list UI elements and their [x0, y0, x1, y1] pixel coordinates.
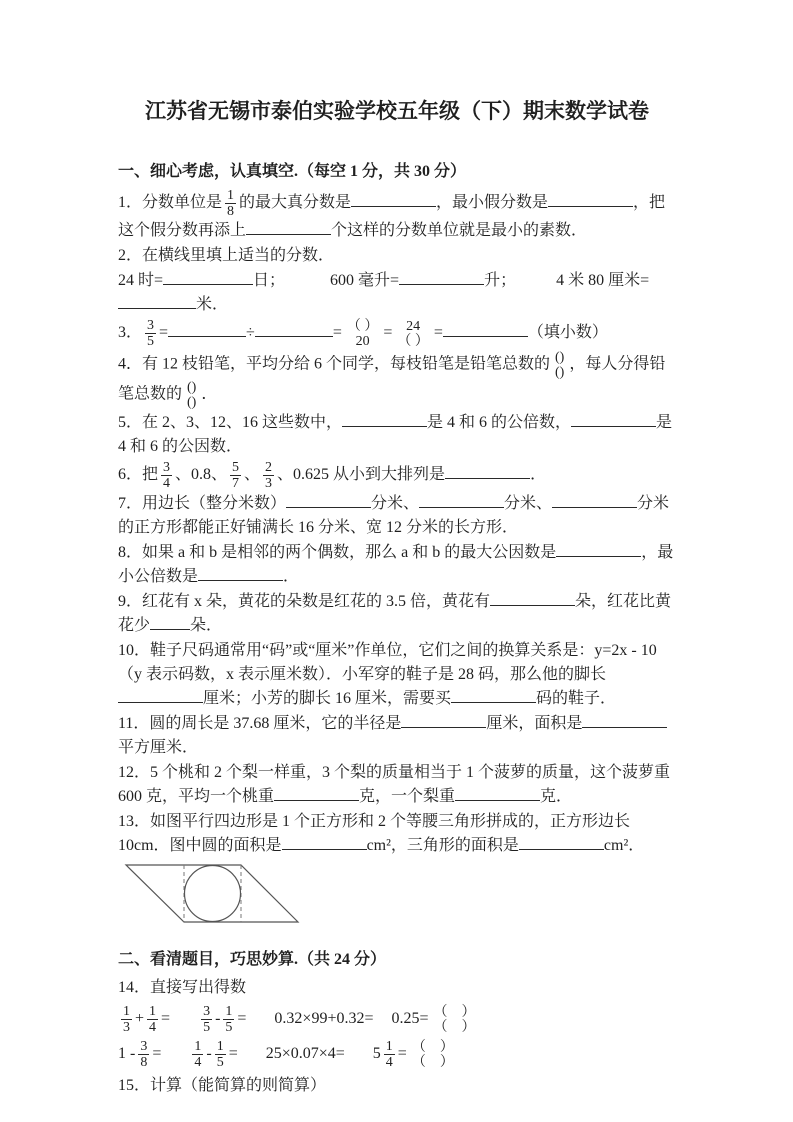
- text-run: 11．圆的周长是 37.68 厘米，它的半径是: [118, 715, 401, 732]
- text-run: 1 -: [118, 1045, 135, 1062]
- fraction-numerator: (): [553, 350, 566, 365]
- question-3: 3．35=÷=（ ）20=24（ ）=（填小数）: [118, 318, 676, 349]
- text-run: 、: [244, 466, 260, 483]
- text-run: cm²，三角形的面积是: [367, 837, 519, 854]
- fraction-numerator: 1: [384, 1039, 395, 1054]
- answer-blank: [255, 321, 333, 337]
- question-8: 8．如果 a 和 b 是相邻的两个偶数，那么 a 和 b 的最大公因数是，最小公…: [118, 541, 676, 589]
- answer-blank: [401, 712, 486, 728]
- fraction: 38: [138, 1039, 149, 1070]
- text-run: cm²．: [604, 837, 644, 854]
- section2-heading: 二、看清题目，巧思妙算.（共 24 分）: [118, 948, 676, 972]
- fraction-denominator: 3: [121, 1019, 132, 1035]
- parallelogram-figure: [122, 862, 676, 928]
- fraction-denominator: 4: [147, 1019, 158, 1035]
- fraction-numerator: 3: [138, 1039, 149, 1054]
- text-run: 4．有 12 枝铅笔，平均分给 6 个同学，每枝铅笔是铅笔总数的: [118, 356, 550, 373]
- answer-blank: [552, 492, 637, 508]
- text-run: 个这样的分数单位就是最小的素数．: [331, 222, 587, 239]
- text-run: 2．在横线里填上适当的分数．: [118, 247, 334, 264]
- question-10: 10．鞋子尺码通常用“码”或“厘米”作单位，它们之间的换算关系是：y=2x - …: [118, 639, 676, 711]
- fraction-denominator: 5: [223, 1019, 234, 1035]
- answer-blank: [282, 834, 367, 850]
- exam-page: 江苏省无锡市泰伯实验学校五年级（下）期末数学试卷 一、细心考虑，认真填空.（每空…: [0, 0, 793, 1122]
- spacer: [345, 1057, 373, 1058]
- fraction: 15: [223, 1004, 234, 1035]
- parenthesis-fraction: ()(): [185, 380, 198, 410]
- answer-blank: [118, 687, 203, 703]
- question-4: 4．有 12 枝铅笔，平均分给 6 个同学，每枝铅笔是铅笔总数的()()，每人分…: [118, 350, 676, 410]
- text-run: 厘米；小芳的脚长 16 厘米，需要买: [203, 690, 451, 707]
- fraction-denominator: 4: [192, 1054, 203, 1070]
- fraction-denominator: 8: [138, 1054, 149, 1070]
- spacer: [161, 1057, 189, 1058]
- answer-blank: [286, 492, 371, 508]
- fraction: 14: [192, 1039, 203, 1070]
- question-7: 7．用边长（整分米数）分米、分米、分米的正方形都能正好铺满长 16 分米、宽 1…: [118, 492, 676, 540]
- answer-blank: [351, 191, 436, 207]
- fraction-numerator: 1: [225, 188, 236, 203]
- text-run: 5．在 2、3、12、16 这些数中，: [118, 414, 342, 431]
- question-1: 1．分数单位是18的最大真分数是，最小假分数是，把这个假分数再添上个这样的分数单…: [118, 188, 676, 243]
- text-run: -: [206, 1045, 211, 1062]
- text-run: 3．: [118, 324, 142, 341]
- text-run: 日；: [253, 272, 285, 289]
- text-run: ，最小假分数是: [436, 194, 548, 211]
- fraction-denominator: 4: [384, 1054, 395, 1070]
- text-run: 10．鞋子尺码通常用“码”或“厘米”作单位，它们之间的换算关系是：y=2x - …: [118, 642, 657, 683]
- page-title: 江苏省无锡市泰伯实验学校五年级（下）期末数学试卷: [118, 96, 676, 126]
- fraction-numerator: 1: [147, 1004, 158, 1019]
- question-2-blanks: 24 时=日；600 毫升=升；4 米 80 厘米=米．: [118, 269, 676, 317]
- question-5: 5．在 2、3、12、16 这些数中，是 4 和 6 的公倍数，是 4 和 6 …: [118, 411, 676, 459]
- text-run: 0.25=: [392, 1010, 429, 1027]
- question-9: 9．红花有 x 朵，黄花的朵数是红花的 3.5 倍，黄花有朵，红花比黄花少朵．: [118, 590, 676, 638]
- text-run: 码的鞋子．: [536, 690, 616, 707]
- question-14-row2: 1 -38=14-15=25×0.07×4=514=（ ）（ ）: [118, 1039, 676, 1070]
- text-run: -: [215, 1010, 220, 1027]
- section1-heading: 一、细心考虑，认真填空.（每空 1 分，共 30 分）: [118, 160, 676, 184]
- fraction-numerator: 3: [161, 460, 172, 475]
- text-run: ．: [530, 466, 546, 483]
- parallelogram-outline: [126, 865, 298, 922]
- answer-blank: [163, 269, 253, 285]
- fraction: 35: [201, 1004, 212, 1035]
- text-run: 1．分数单位是: [118, 194, 222, 211]
- fraction: 15: [215, 1039, 226, 1070]
- answer-blank: [582, 712, 667, 728]
- fraction-numerator: （ ）: [345, 319, 381, 334]
- fraction: 57: [230, 460, 241, 491]
- text-run: 分米、: [371, 495, 419, 512]
- text-run: +: [135, 1010, 144, 1027]
- spacer: [285, 284, 330, 285]
- fraction-numerator: 3: [201, 1004, 212, 1019]
- answer-blank: [548, 191, 633, 207]
- text-run: 8．如果 a 和 b 是相邻的两个偶数，那么 a 和 b 的最大公因数是: [118, 544, 556, 561]
- fraction: 35: [145, 318, 156, 349]
- text-run: 克．: [540, 788, 572, 805]
- text-run: 9．红花有 x 朵，黄花的朵数是红花的 3.5 倍，黄花有: [118, 593, 490, 610]
- parenthesis-fraction: （ ）20: [345, 319, 381, 349]
- parenthesis-fraction: （ ）（ ）: [410, 1040, 456, 1070]
- text-run: 14．直接写出得数: [118, 979, 246, 996]
- fraction-numerator: 1: [192, 1039, 203, 1054]
- answer-blank: [571, 411, 656, 427]
- text-run: =: [159, 324, 168, 341]
- text-run: =: [152, 1045, 161, 1062]
- fraction-denominator: 20: [354, 334, 372, 349]
- spacer: [516, 284, 556, 285]
- question-15: 15．计算（能简算的则简算）: [118, 1074, 676, 1098]
- fraction-denominator: (): [553, 365, 566, 380]
- fraction-numerator: 3: [145, 318, 156, 333]
- text-run: =: [383, 324, 392, 341]
- text-run: 的最大真分数是: [239, 194, 351, 211]
- answer-blank: [168, 321, 246, 337]
- parenthesis-fraction: （ ）（ ）: [432, 1005, 478, 1035]
- fraction-numerator: （ ）: [432, 1005, 478, 1020]
- text-run: =: [237, 1010, 246, 1027]
- fraction: 23: [263, 460, 274, 491]
- text-run: 7．用边长（整分米数）: [118, 495, 286, 512]
- fraction-denominator: （ ）: [395, 334, 431, 349]
- answer-blank: [150, 614, 190, 630]
- text-run: =: [333, 324, 342, 341]
- question-13: 13．如图平行四边形是 1 个正方形和 2 个等腰三角形拼成的，正方形边长 10…: [118, 810, 676, 858]
- answer-blank: [455, 785, 540, 801]
- fraction-denominator: （ ）: [432, 1020, 478, 1035]
- answer-blank: [490, 590, 575, 606]
- text-run: =: [398, 1045, 407, 1062]
- spacer: [246, 1022, 274, 1023]
- answer-blank: [419, 492, 504, 508]
- fraction-denominator: 5: [215, 1054, 226, 1070]
- question-14: 14．直接写出得数: [118, 976, 676, 1000]
- question-12: 12．5 个桃和 2 个梨一样重，3 个梨的质量相当于 1 个菠萝的质量，这个菠…: [118, 761, 676, 809]
- answer-blank: [342, 411, 427, 427]
- text-run: 15．计算（能简算的则简算）: [118, 1077, 326, 1094]
- text-run: 分米、: [504, 495, 552, 512]
- answer-blank: [445, 463, 530, 479]
- fraction-numerator: 1: [121, 1004, 132, 1019]
- text-run: 平方厘米．: [118, 739, 198, 756]
- text-run: 4 米 80 厘米=: [556, 272, 649, 289]
- text-run: 克，一个梨重: [359, 788, 455, 805]
- fraction: 34: [161, 460, 172, 491]
- fraction-numerator: 24: [404, 319, 422, 334]
- answer-blank: [246, 219, 331, 235]
- question-2: 2．在横线里填上适当的分数．: [118, 244, 676, 268]
- text-run: =: [434, 324, 443, 341]
- text-run: ．: [283, 568, 299, 585]
- inscribed-circle: [185, 866, 241, 922]
- answer-blank: [443, 321, 528, 337]
- fraction-numerator: 5: [230, 460, 241, 475]
- question-14-row1: 13+14=35-15=0.32×99+0.32=0.25=（ ）（ ）: [118, 1004, 676, 1035]
- text-run: 5: [373, 1045, 381, 1062]
- answer-blank: [556, 541, 641, 557]
- fraction: 18: [225, 188, 236, 219]
- fraction-numerator: (): [185, 380, 198, 395]
- text-run: ．: [201, 386, 217, 403]
- spacer: [374, 1022, 392, 1023]
- question-11: 11．圆的周长是 37.68 厘米，它的半径是厘米，面积是平方厘米．: [118, 712, 676, 760]
- text-run: 0.32×99+0.32=: [274, 1010, 373, 1027]
- parenthesis-fraction: ()(): [553, 350, 566, 380]
- answer-blank: [451, 687, 536, 703]
- text-run: 、0.625 从小到大排列是: [277, 466, 445, 483]
- text-run: 朵．: [190, 617, 222, 634]
- text-run: =: [161, 1010, 170, 1027]
- answer-blank: [198, 565, 283, 581]
- text-run: ÷: [246, 324, 255, 341]
- text-run: 厘米，面积是: [486, 715, 582, 732]
- fraction: 13: [121, 1004, 132, 1035]
- fraction-numerator: （ ）: [410, 1040, 456, 1055]
- fraction-numerator: 2: [263, 460, 274, 475]
- spacer: [238, 1057, 266, 1058]
- fraction-denominator: 5: [145, 333, 156, 349]
- text-run: 25×0.07×4=: [266, 1045, 345, 1062]
- answer-blank: [399, 269, 484, 285]
- fraction-denominator: 4: [161, 475, 172, 491]
- answer-blank: [519, 834, 604, 850]
- fraction: 14: [384, 1039, 395, 1070]
- parallelogram-circle-diagram: [122, 862, 304, 926]
- text-run: 600 毫升=: [330, 272, 399, 289]
- fraction-numerator: 1: [215, 1039, 226, 1054]
- text-run: 升；: [484, 272, 516, 289]
- fraction-denominator: 8: [225, 203, 236, 219]
- answer-blank: [274, 785, 359, 801]
- fraction-denominator: 7: [230, 475, 241, 491]
- text-run: 6．把: [118, 466, 158, 483]
- text-run: 24 时=: [118, 272, 163, 289]
- spacer: [170, 1022, 198, 1023]
- fraction-numerator: 1: [223, 1004, 234, 1019]
- answer-blank: [118, 293, 196, 309]
- text-run: 、0.8、: [175, 466, 227, 483]
- parenthesis-fraction: 24（ ）: [395, 319, 431, 349]
- fraction: 14: [147, 1004, 158, 1035]
- fraction-denominator: (): [185, 395, 198, 410]
- text-run: =: [229, 1045, 238, 1062]
- fraction-denominator: 3: [263, 475, 274, 491]
- text-run: 是 4 和 6 的公倍数，: [427, 414, 571, 431]
- fraction-denominator: （ ）: [410, 1055, 456, 1070]
- text-run: （填小数）: [528, 324, 608, 341]
- question-6: 6．把34、0.8、57、23、0.625 从小到大排列是．: [118, 460, 676, 491]
- text-run: 米．: [196, 296, 228, 313]
- fraction-denominator: 5: [201, 1019, 212, 1035]
